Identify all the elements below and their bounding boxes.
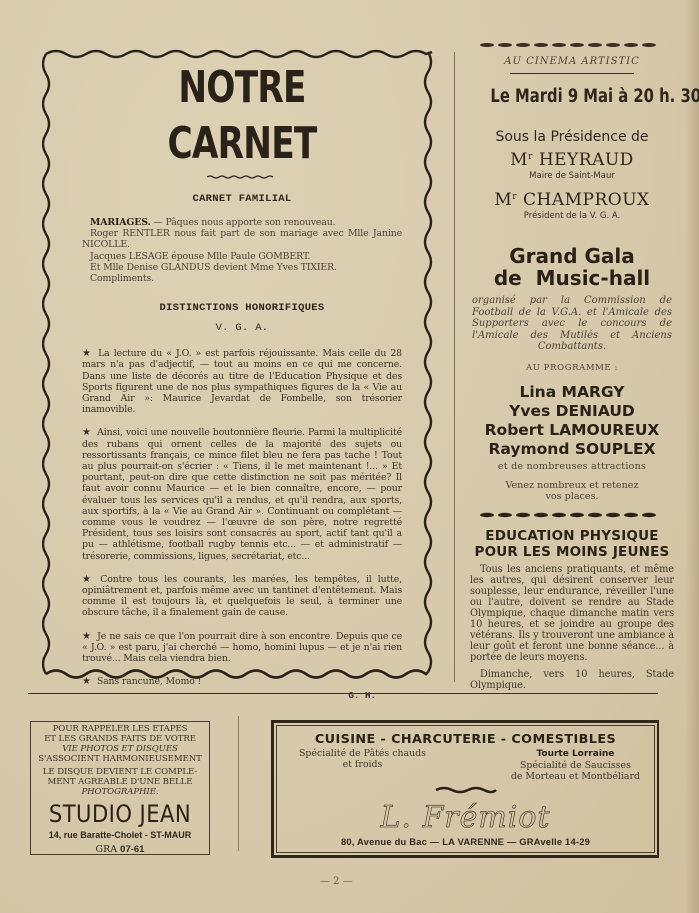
fremiot-heading: CUISINE - CHARCUTERIE - COMESTIBLES [277, 732, 654, 747]
venue-label: AU CINEMA ARTISTIC [470, 56, 674, 67]
star-icon: ★ [82, 427, 91, 438]
studio-name: STUDIO JEAN [42, 800, 199, 828]
honorific: M [510, 150, 528, 170]
fremiot-specialities: Spécialité de Pâtés chauds et froids Tou… [277, 748, 654, 782]
wave-ornament [434, 786, 498, 794]
distinctions-heading: DISTINCTIONS HONORIFIQUES [82, 302, 402, 314]
gala-title-line: Grand Gala [470, 245, 674, 267]
mariages-line: Et Mlle Denise GLANDUS devient Mme Yves … [82, 262, 402, 273]
phone-number: 07-61 [120, 844, 144, 855]
education-paragraph: Tous les anciens pratiquants, et même le… [470, 564, 674, 664]
speciality-line: de Morteau et Montbéliard [511, 771, 640, 782]
paragraph: Ainsi, voici une nouvelle boutonnière fl… [82, 427, 402, 561]
mariages-line: Roger RENTLER nous fait part de son mari… [82, 228, 402, 250]
tagline-line: VIE PHOTOS ET DISQUES [31, 744, 209, 754]
paragraph: Je ne sais ce que l'on pourrait dire à s… [82, 631, 402, 664]
gala-column: AU CINEMA ARTISTIC Le Mardi 9 Mai à 20 h… [470, 42, 674, 692]
phone-exchange: GRA [96, 844, 118, 855]
tagline-line: MENT AGREABLE D'UNE BELLE [31, 777, 209, 787]
artist-name: Robert LAMOUREUX [470, 421, 674, 440]
fremiot-ad: CUISINE - CHARCUTERIE - COMESTIBLES Spéc… [271, 720, 659, 858]
mariages-line: Compliments. [82, 273, 402, 284]
horizontal-divider [28, 693, 658, 694]
carnet-content: NOTRE CARNET CARNET FAMILIAL MARIAGES. —… [82, 60, 402, 701]
paragraph: Sans rancune, Momo ! [97, 676, 201, 687]
president-2: Mr CHAMPROUX [470, 187, 674, 210]
title-ornament-rule [207, 174, 277, 179]
ad-divider [238, 716, 239, 851]
notre-carnet-box: NOTRE CARNET CARNET FAMILIAL MARIAGES. —… [42, 46, 432, 676]
mariages-line: — Pâques nous apporte son renouveau. [151, 217, 336, 228]
president-1: Mr HEYRAUD [470, 147, 674, 170]
honorific-sup: r [528, 152, 533, 162]
mariages-label: MARIAGES. [90, 217, 151, 228]
speciality-right: Tourte Lorraine Spécialité de Saucisses … [511, 748, 640, 782]
attractions-text: et de nombreuses attractions [470, 461, 674, 472]
artist-name: Raymond SOUPLEX [470, 440, 674, 459]
president-2-role: Président de la V. G. A. [470, 211, 674, 221]
page-edge-shadow [685, 0, 699, 913]
honorific: M [494, 190, 512, 210]
star-icon: ★ [82, 348, 92, 359]
speciality-left: Spécialité de Pâtés chauds et froids [299, 748, 426, 782]
star-icon: ★ [82, 631, 91, 642]
page-number: — 2 — [320, 876, 353, 887]
fremiot-address: 80, Avenue du Bac — LA VARENNE — GRAvell… [277, 836, 654, 847]
star-icon: ★ [82, 574, 94, 585]
presidence-label: Sous la Présidence de [470, 129, 674, 145]
speciality-line: Spécialité de Pâtés chauds [299, 748, 426, 759]
distinctions-body: ★La lecture du « J.O. » est parfois réjo… [82, 348, 402, 700]
studio-phone: GRA 07-61 [31, 844, 209, 855]
education-heading-line: POUR LES MOINS JEUNES [470, 544, 674, 560]
artist-list: Lina MARGY Yves DENIAUD Robert LAMOUREUX… [470, 383, 674, 459]
president-name: HEYRAUD [539, 150, 634, 170]
tagline-line: POUR RAPPELER LES ETAPES [31, 724, 209, 734]
column-divider [454, 52, 455, 682]
mariages-line: Jacques LESAGE épouse Mlle Paule GOMBERT… [82, 251, 402, 262]
artist-name: Yves DENIAUD [470, 402, 674, 421]
gala-title: Grand Gala de Music-hall [470, 245, 674, 289]
fremiot-inner-frame: CUISINE - CHARCUTERIE - COMESTIBLES Spéc… [276, 725, 655, 853]
mariages-paragraph: MARIAGES. — Pâques nous apporte son reno… [82, 217, 402, 284]
tagline-line: ET LES GRANDS FAITS DE VOTRE [31, 734, 209, 744]
studio-tagline: POUR RAPPELER LES ETAPES ET LES GRANDS F… [31, 724, 209, 797]
speciality-line: et froids [299, 759, 426, 770]
studio-address: 14, rue Baratte-Cholet - ST-MAUR [31, 830, 209, 840]
dashed-ornament-rule [479, 42, 665, 48]
fremiot-logo: L. Frémiot [277, 802, 654, 834]
education-body: Tous les anciens pratiquants, et même le… [470, 564, 674, 692]
tagline-line: LE DISQUE DEVIENT LE COMPLE- [31, 767, 209, 777]
vga-heading: V. G. A. [82, 322, 402, 334]
education-heading-line: EDUCATION PHYSIQUE [470, 528, 674, 544]
reservation-text: Venez nombreux et retenez vos places. [470, 480, 674, 502]
studio-jean-ad: POUR RAPPELER LES ETAPES ET LES GRANDS F… [30, 721, 210, 855]
education-heading: EDUCATION PHYSIQUE POUR LES MOINS JEUNES [470, 528, 674, 560]
gala-title-line: de Music-hall [470, 267, 674, 289]
organiser-text: organisé par la Commission de Football d… [470, 295, 674, 353]
dashed-ornament-rule [479, 512, 665, 518]
venue-underline [510, 73, 634, 74]
honorific-sup: r [512, 192, 517, 202]
programme-label: AU PROGRAMME : [470, 363, 674, 373]
tagline-line: S'ASSOCIENT HARMONIEUSEMENT [31, 754, 209, 764]
president-name: CHAMPROUX [523, 190, 650, 210]
paragraph: Contre tous les courants, les marées, le… [82, 574, 402, 619]
paragraph: La lecture du « J.O. » est parfois réjou… [82, 348, 402, 415]
signature: G. H. [82, 690, 376, 701]
tagline-line: PHOTOGRAPHIE. [31, 787, 209, 797]
president-1-role: Maire de Saint-Maur [470, 171, 674, 181]
artist-name: Lina MARGY [470, 383, 674, 402]
speciality-bold: Tourte Lorraine [536, 749, 614, 759]
speciality-line: Spécialité de Saucisses [511, 760, 640, 771]
education-footer: Dimanche, vers 10 heures, Stade Olympiqu… [470, 669, 674, 691]
carnet-title: NOTRE CARNET [117, 60, 367, 172]
carnet-familial-heading: CARNET FAMILIAL [82, 193, 402, 205]
event-date: Le Mardi 9 Mai à 20 h. 30 [490, 86, 653, 107]
star-icon: ★ [82, 676, 91, 687]
